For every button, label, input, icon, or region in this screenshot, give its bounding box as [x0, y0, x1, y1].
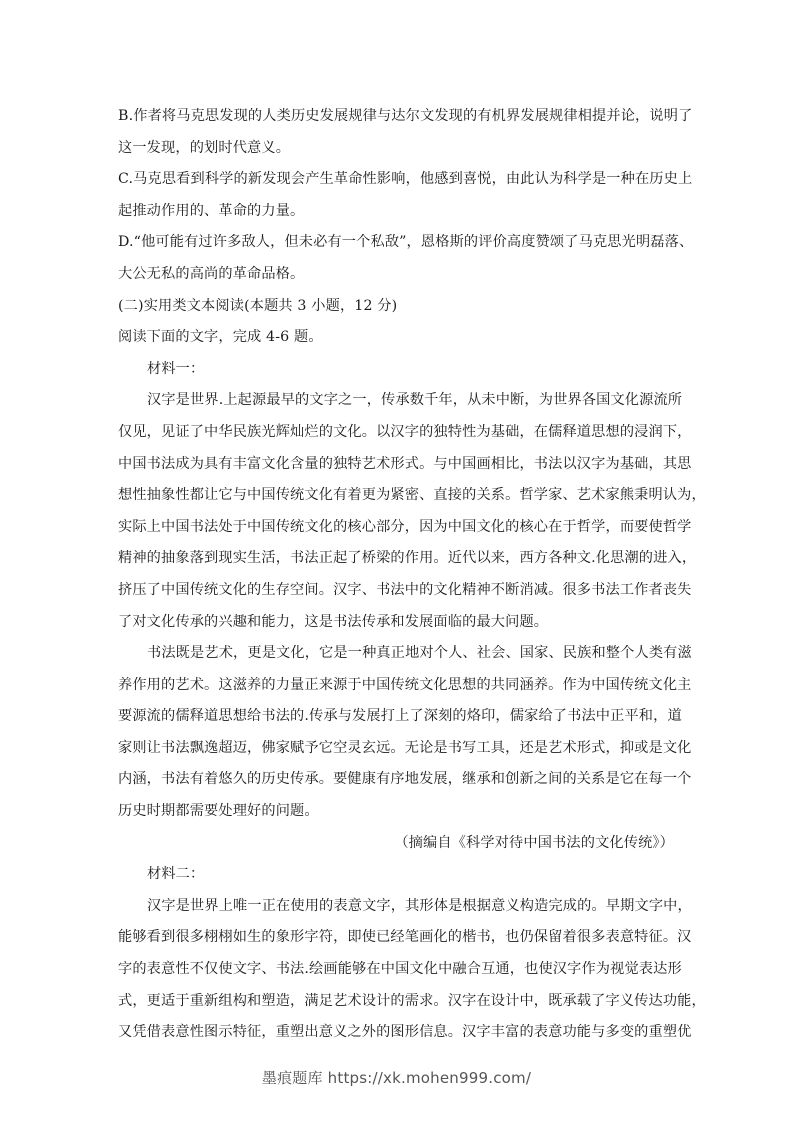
- material-two-label: 材料二：: [118, 859, 678, 891]
- material-one-p1-line: 仅见，见证了中华民族光辉灿烂的文化。以汉字的独特性为基础，在儒释道思想的浸润下，: [118, 417, 678, 449]
- material-one-p2-line: 养作用的艺术。这滋养的力量正来源于中国传统文化思想的共同涵养。作为中国传统文化主: [118, 670, 678, 702]
- material-one-p1-line: 中国书法成为具有丰富文化含量的独特艺术形式。与中国画相比，书法以汉字为基础，其思: [118, 449, 678, 481]
- material-one-p2-line: 家则让书法飘逸超迈，佛家赋予它空灵玄远。无论是书写工具，还是艺术形式，抑或是文化: [118, 733, 678, 765]
- material-one-p1-line: 汉字是世界.上起源最早的文字之一，传承数千年，从未中断，为世界各国文化源流所: [118, 385, 678, 417]
- option-d-line-1: D.“他可能有过许多敌人，但未必有一个私敌”，恩格斯的评价高度赞颂了马克思光明磊…: [118, 227, 678, 259]
- instruction: 阅读下面的文字，完成 4-6 题。: [118, 322, 678, 354]
- material-one-p2-line: 历史时期都需要处理好的问题。: [118, 796, 678, 828]
- option-c-line-1: C.马克思看到科学的新发现会产生革命性影响，他感到喜悦，由此认为科学是一种在历史…: [118, 164, 678, 196]
- material-one-p2-line: 内涵，书法有着悠久的历史传承。要健康有序地发展，继承和创新之间的关系是它在每一个: [118, 764, 678, 796]
- material-one-p1-line: 精神的抽象落到现实生活，书法正起了桥梁的作用。近代以来，西方各种文.化思潮的进入…: [118, 543, 678, 575]
- material-one-p1-line: 想性抽象性都让它与中国传统文化有着更为紧密、直接的关系。哲学家、艺术家熊秉明认为…: [118, 480, 678, 512]
- material-one-p2-line: 书法既是艺术，更是文化，它是一种真正地对个人、社会、国家、民族和整个人类有滋: [118, 638, 678, 670]
- material-one-p1-line: 实际上中国书法处于中国传统文化的核心部分，因为中国文化的核心在于哲学，而要使哲学: [118, 512, 678, 544]
- material-two-p1-line: 能够看到很多栩栩如生的象形字符，即使已经笔画化的楷书，也仍保留着很多表意特征。汉: [118, 922, 678, 954]
- option-c-line-2: 起推动作用的、革命的力量。: [118, 196, 678, 228]
- watermark-footer: 墨痕题库 https://xk.mohen999.com/: [0, 1067, 793, 1088]
- material-one-label: 材料一：: [118, 354, 678, 386]
- material-one-p1-line: 挤压了中国传统文化的生存空间。汉字、书法中的文化精神不断消减。很多书法工作者丧失: [118, 575, 678, 607]
- option-b-line-1: B.作者将马克思发现的人类历史发展规律与达尔文发现的有机界发展规律相提并论，说明…: [118, 101, 678, 133]
- material-one-p2-line: 要源流的儒释道思想给书法的.传承与发展打上了深刻的烙印，儒家给了书法中正平和，道: [118, 701, 678, 733]
- option-d-line-2: 大公无私的高尚的革命品格。: [118, 259, 678, 291]
- option-b-line-2: 这一发现，的划时代意义。: [118, 133, 678, 165]
- section-heading: (二)实用类文本阅读(本题共 3 小题，12 分): [118, 291, 678, 323]
- material-two-p1-line: 汉字是世界上唯一正在使用的表意文字，其形体是根据意义构造完成的。早期文字中，: [118, 891, 678, 923]
- material-two-p1-line: 又凭借表意性图示特征，重塑出意义之外的图形信息。汉字丰富的表意功能与多变的重塑优: [118, 1017, 678, 1049]
- material-two-p1-line: 字的表意性不仅使文字、书法.绘画能够在中国文化中融合互通，也使汉字作为视觉表达形: [118, 954, 678, 986]
- document-page: B.作者将马克思发现的人类历史发展规律与达尔文发现的有机界发展规律相提并论，说明…: [118, 101, 678, 1049]
- material-one-source: （摘编自《科学对待中国书法的文化传统》）: [118, 828, 678, 860]
- material-one-p1-line: 了对文化传承的兴趣和能力，这是书法传承和发展面临的最大问题。: [118, 607, 678, 639]
- material-two-p1-line: 式，更适于重新组构和塑造，满足艺术设计的需求。汉字在设计中，既承载了字义传达功能…: [118, 986, 678, 1018]
